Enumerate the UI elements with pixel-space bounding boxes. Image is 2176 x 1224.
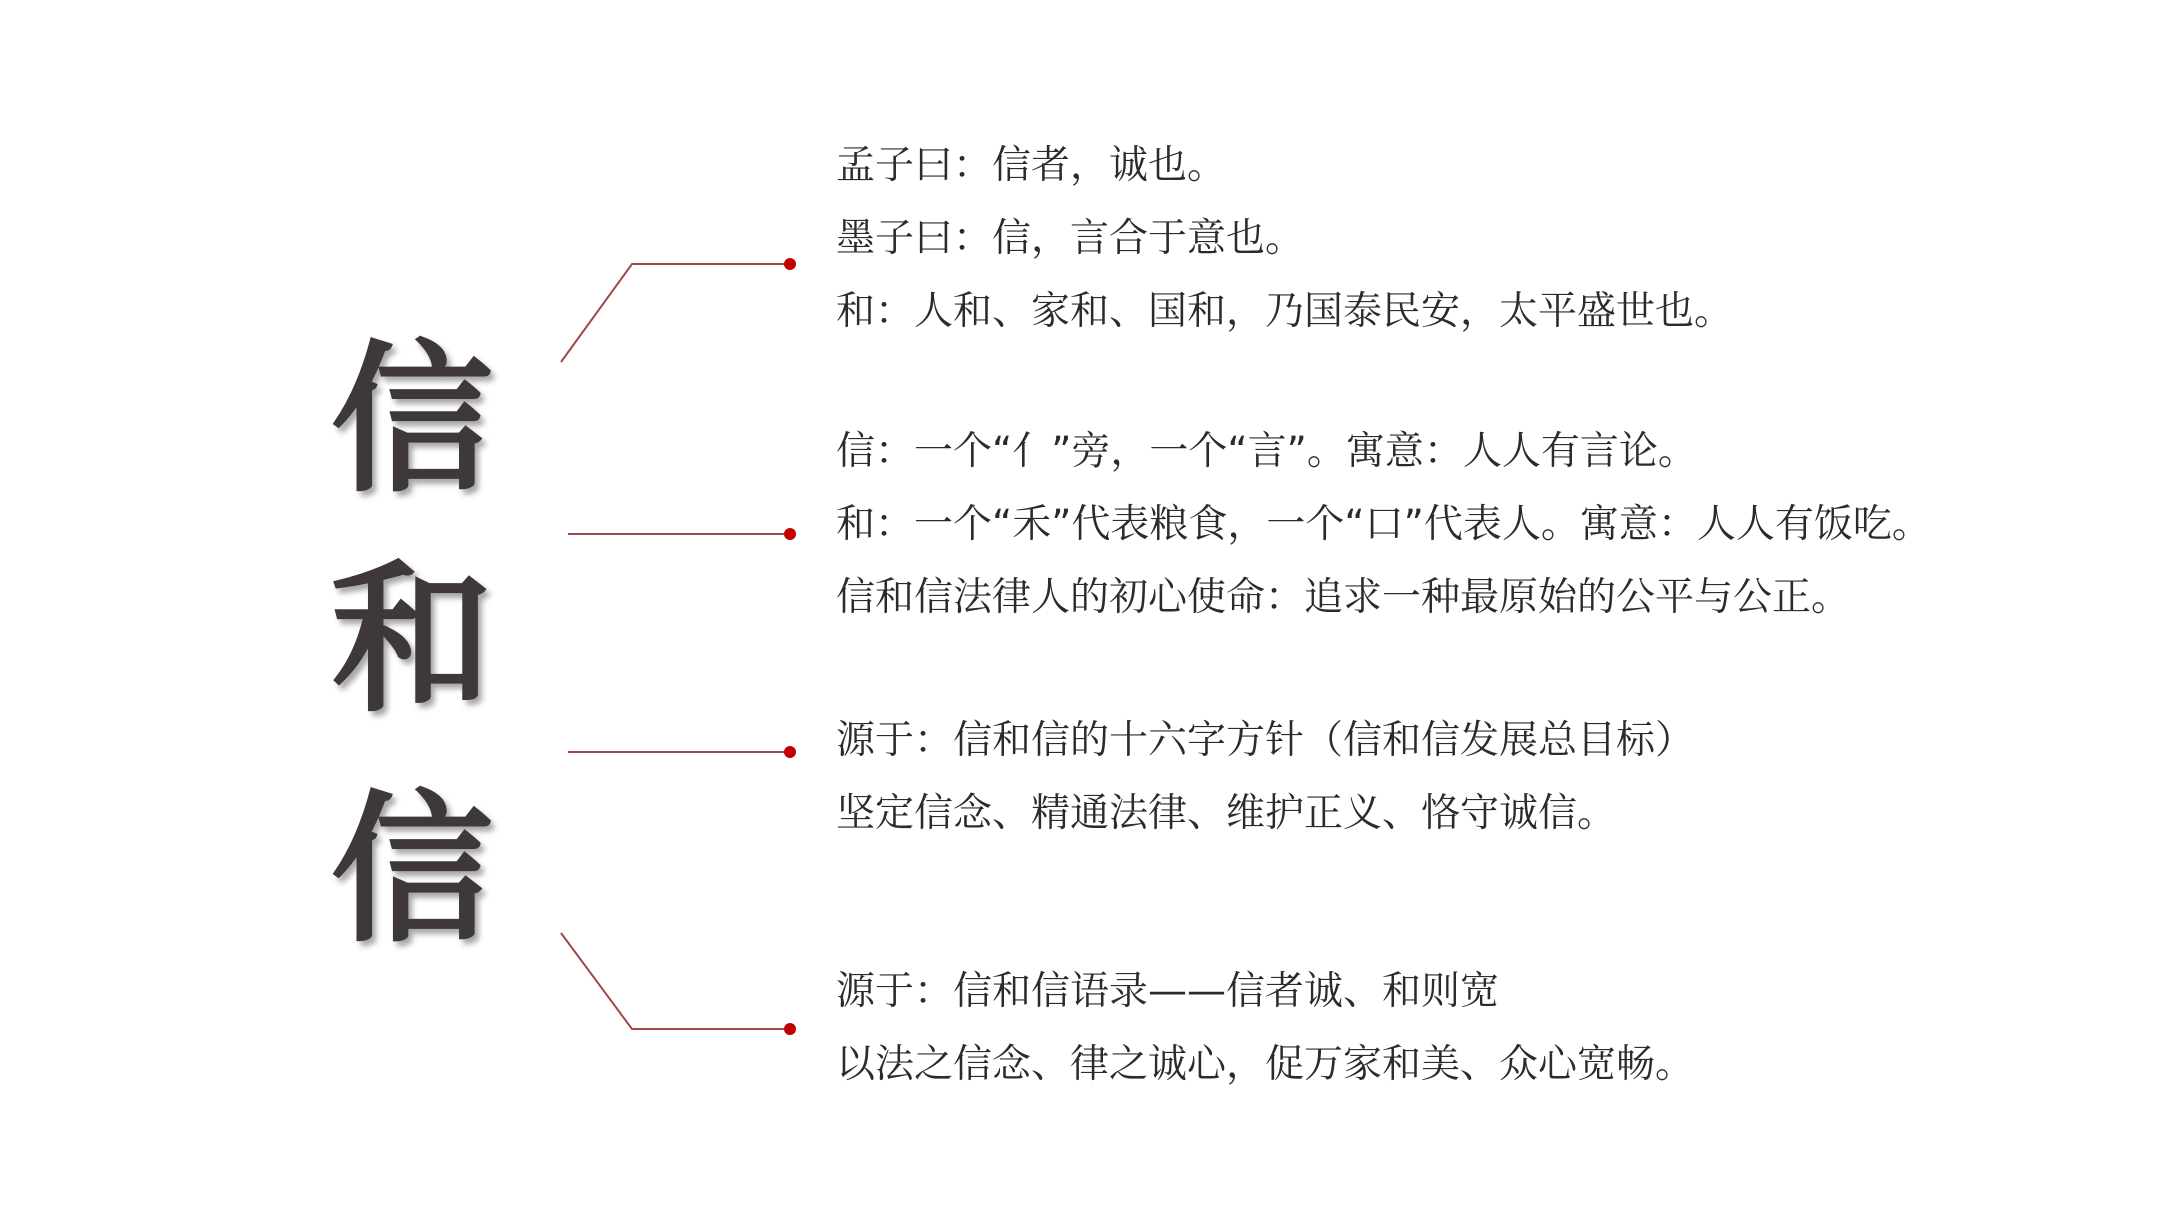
text-group-principles: 源于：信和信的十六字方针（信和信发展总目标） 坚定信念、精通法律、维护正义、恪守… (836, 704, 1694, 850)
dot-4 (784, 1023, 796, 1035)
text-line: 和：人和、家和、国和，乃国泰民安，太平盛世也。 (836, 275, 1733, 348)
text-line: 源于：信和信的十六字方针（信和信发展总目标） (836, 704, 1694, 777)
text-line: 信和信法律人的初心使命：追求一种最原始的公平与公正。 (836, 561, 1931, 634)
text-group-origin: 孟子曰：信者，诚也。 墨子曰：信，言合于意也。 和：人和、家和、国和，乃国泰民安… (836, 129, 1733, 348)
text-group-meaning: 信：一个“亻”旁，一个“言”。寓意：人人有言论。 和：一个“禾”代表粮食，一个“… (836, 415, 1931, 634)
dot-1 (784, 258, 796, 270)
text-line: 墨子曰：信，言合于意也。 (836, 202, 1733, 275)
text-line: 坚定信念、精通法律、维护正义、恪守诚信。 (836, 777, 1694, 850)
connector-1 (561, 264, 790, 362)
dot-2 (784, 528, 796, 540)
text-line: 源于：信和信语录——信者诚、和则宽 (836, 955, 1694, 1028)
dot-3 (784, 746, 796, 758)
text-line: 和：一个“禾”代表粮食，一个“口”代表人。寓意：人人有饭吃。 (836, 488, 1931, 561)
connector-4 (561, 933, 790, 1029)
text-line: 孟子曰：信者，诚也。 (836, 129, 1733, 202)
text-group-motto: 源于：信和信语录——信者诚、和则宽 以法之信念、律之诚心，促万家和美、众心宽畅。 (836, 955, 1694, 1101)
text-line: 信：一个“亻”旁，一个“言”。寓意：人人有言论。 (836, 415, 1931, 488)
text-line: 以法之信念、律之诚心，促万家和美、众心宽畅。 (836, 1028, 1694, 1101)
